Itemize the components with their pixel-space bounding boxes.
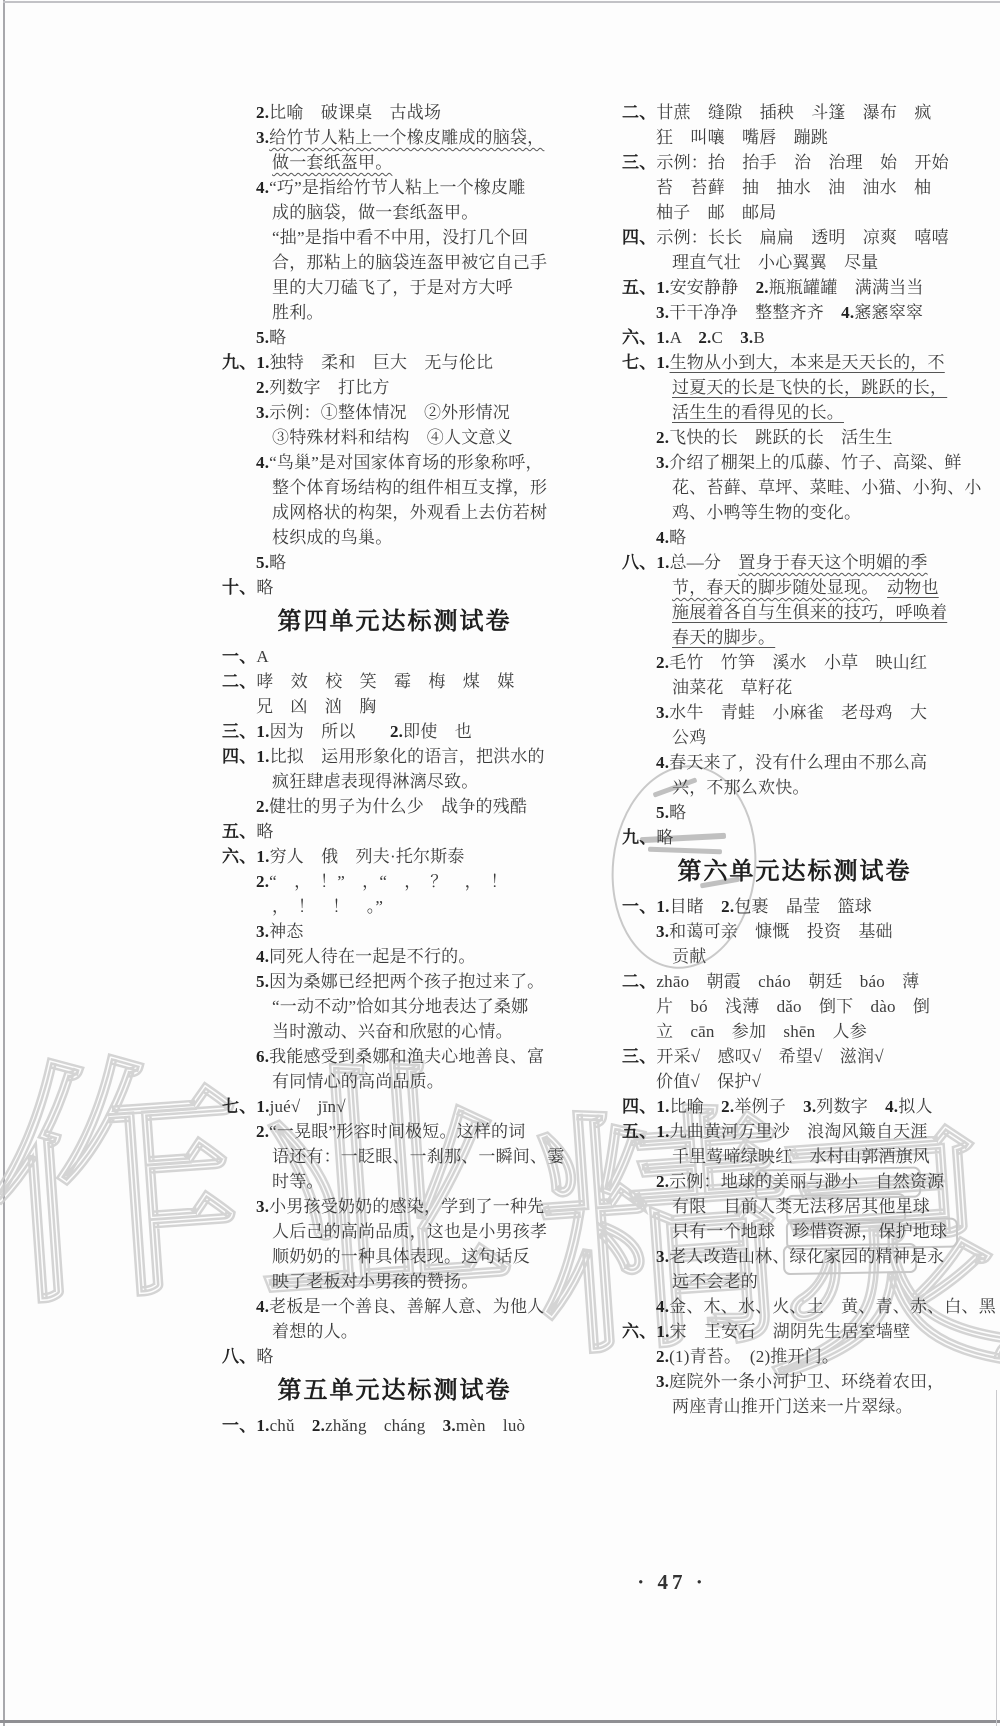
- answer-line: 5.略: [622, 800, 967, 825]
- answer-text: 略: [256, 578, 273, 597]
- answer-text: 瓶瓶罐罐 满满当当: [769, 278, 924, 297]
- answer-line: 合，那粘上的脑袋连盔甲被它自己手: [222, 250, 567, 275]
- answer-text: 略: [669, 528, 686, 547]
- answer-text: 只有一个地球 珍惜资源，保护地球: [672, 1222, 947, 1241]
- left-column: 2.比喻 破课桌 古战场3.给竹节人粘上一个橡皮雕成的脑袋，做一套纸盔甲。4.“…: [222, 100, 567, 1438]
- answer-line: 2.毛竹 竹笋 溪水 小草 映山红: [622, 650, 967, 675]
- answer-text: 因为桑娜已经把两个孩子抱过来了。: [269, 972, 544, 991]
- answer-text: 安安静静: [670, 278, 756, 297]
- answer-text: 当时激动、兴奋和欣慰的心情。: [272, 1022, 513, 1041]
- answer-text: 苔 苔藓 抽 抽水 油 油水 柚: [656, 178, 931, 197]
- answer-text: 疯狂肆虐表现得淋漓尽致。: [272, 772, 478, 791]
- item-number: 1.: [256, 847, 269, 866]
- answer-line: 狂 叫嚷 嘴唇 蹦跳: [622, 125, 967, 150]
- scanned-answer-page: 作 业 精 灵 2.比喻 破课桌 古战场3.给竹节人粘上一个橡皮雕成的脑袋，做一…: [0, 0, 1000, 1726]
- answer-text: zhǎng cháng: [325, 1416, 443, 1435]
- answer-line: 四、示例：长长 扁扁 透明 凉爽 嘻嘻: [622, 225, 967, 250]
- answer-text: 花、苔藓、草坪、菜畦、小猫、小狗、小: [672, 478, 982, 497]
- scan-edge-right: [996, 1390, 997, 1726]
- answer-text: 柚子 邮 邮局: [656, 203, 776, 222]
- answer-text: 动物也: [887, 578, 939, 597]
- answer-line: 3.老人改造山林、绿化家园的精神是永: [622, 1244, 967, 1269]
- answer-line: 五、1.安安静静 2.瓶瓶罐罐 满满当当: [622, 275, 967, 300]
- answer-text: 介绍了棚架上的瓜藤、竹子、高粱、鲜: [669, 453, 961, 472]
- item-number: 二、: [622, 972, 656, 991]
- item-number: 4.: [656, 528, 669, 547]
- answer-line: 理直气壮 小心翼翼 尽量: [622, 250, 967, 275]
- answer-line: 3.示例：①整体情况 ②外形情况: [222, 400, 567, 425]
- answer-line: “一动不动”恰如其分地表达了桑娜: [222, 994, 567, 1019]
- answer-text: 总—分: [670, 553, 739, 572]
- answer-text: 我能感受到桑娜和渔夫心地善良、富: [269, 1047, 544, 1066]
- answer-line: 映了老板对小男孩的赞扬。: [222, 1269, 567, 1294]
- answer-text: 略: [256, 1347, 273, 1366]
- answer-text: 春天来了，没有什么理由不那么高: [669, 753, 927, 772]
- answer-text: 甘蔗 缝隙 插秧 斗篷 瀑布 疯: [656, 103, 931, 122]
- answer-line: 两座青山推开门送来一片翠绿。: [622, 1394, 967, 1419]
- item-number: 1.: [656, 897, 669, 916]
- answer-line: 时等。: [222, 1169, 567, 1194]
- answer-line: 疯狂肆虐表现得淋漓尽致。: [222, 769, 567, 794]
- item-number: 2.: [656, 428, 669, 447]
- answer-line: 2.(1)青苔。 (2)推开门。: [622, 1344, 967, 1369]
- answer-line: 八、1.总—分 置身于春天这个明媚的季: [622, 550, 967, 575]
- answer-line: 人后己的高尚品质，这也是小男孩孝: [222, 1219, 567, 1244]
- answer-text: 施展着各自与生俱来的技巧，呼唤着: [672, 603, 947, 622]
- item-number: 二、: [622, 103, 656, 122]
- item-number: 3.: [803, 1097, 816, 1116]
- item-number: 1.: [656, 1097, 669, 1116]
- answer-text: 和蔼可亲 慷慨 投资 基础: [669, 922, 893, 941]
- answer-text: 目睹: [670, 897, 722, 916]
- answer-text: 枝织成的鸟巢。: [272, 528, 392, 547]
- answer-text: ， ！ ！ 。”: [272, 897, 383, 916]
- answer-text: 独特 柔和 巨大 无与伦比: [270, 353, 494, 372]
- answer-line: ， ！ ！ 。”: [222, 894, 567, 919]
- answer-text: “鸟巢”是对国家体育场的形象称呼，: [269, 453, 543, 472]
- item-number: 5.: [256, 972, 269, 991]
- answer-line: 3.小男孩受奶奶的感染，学到了一种先: [222, 1194, 567, 1219]
- item-number: 七、: [222, 1097, 256, 1116]
- answer-text: A: [256, 647, 268, 666]
- answer-text: 语还有：一眨眼、一刹那、一瞬间、霎: [272, 1147, 564, 1166]
- answer-line: 三、开采√ 感叹√ 希望√ 滋润√: [622, 1044, 967, 1069]
- answer-text: 健壮的男子为什么少 战争的残酷: [269, 797, 527, 816]
- answer-line: 鸡、小鸭等生物的变化。: [622, 500, 967, 525]
- answer-line: 3.干干净净 整整齐齐 4.窸窸窣窣: [622, 300, 967, 325]
- answer-text: 生物从小到大，本来是天天长的，不: [670, 353, 945, 372]
- answer-text: 比拟 运用形象化的语言，把洪水的: [270, 747, 545, 766]
- answer-text: “一动不动”恰如其分地表达了桑娜: [272, 997, 528, 1016]
- right-column: 二、甘蔗 缝隙 插秧 斗篷 瀑布 疯狂 叫嚷 嘴唇 蹦跳三、示例：抬 抬手 治 …: [622, 100, 967, 1419]
- answer-line: 价值√ 保护√: [622, 1069, 967, 1094]
- item-number: 3.: [256, 128, 269, 147]
- item-number: 3.: [656, 1247, 669, 1266]
- answer-line: 油菜花 草籽花: [622, 675, 967, 700]
- item-number: 九、: [222, 353, 256, 372]
- answer-text: 公鸡: [672, 728, 706, 747]
- answer-text: 油菜花 草籽花: [672, 678, 792, 697]
- item-number: 1.: [656, 353, 669, 372]
- answer-text: 狂 叫嚷 嘴唇 蹦跳: [656, 128, 828, 147]
- answer-line: 2.列数字 打比方: [222, 375, 567, 400]
- answer-text: 庭院外一条小河护卫、环绕着农田，: [669, 1372, 944, 1391]
- answer-text: 略: [256, 822, 273, 841]
- item-number: 2.: [256, 378, 269, 397]
- answer-text: 片 bó 浅薄 dǎo 倒下 dào 倒: [656, 997, 930, 1016]
- item-number: 五、: [222, 822, 256, 841]
- answer-line: 花、苔藓、草坪、菜畦、小猫、小狗、小: [622, 475, 967, 500]
- answer-text: 兄 凶 汹 胸: [256, 697, 376, 716]
- page-number: · 47 ·: [612, 1570, 732, 1595]
- answer-text: 远不会老的: [672, 1272, 758, 1291]
- answer-line: 苔 苔藓 抽 抽水 油 油水 柚: [622, 175, 967, 200]
- item-number: 3.: [656, 922, 669, 941]
- answer-line: 四、1.比拟 运用形象化的语言，把洪水的: [222, 744, 567, 769]
- item-number: 2.: [721, 1097, 734, 1116]
- watermark-char: 作: [0, 1049, 252, 1321]
- item-number: 4.: [656, 1297, 669, 1316]
- answer-text: [870, 578, 887, 597]
- answer-line: 4.同死人待在一起是不行的。: [222, 944, 567, 969]
- answer-text: 包裹 晶莹 篮球: [734, 897, 872, 916]
- item-number: 四、: [622, 1097, 656, 1116]
- answer-line: 二、甘蔗 缝隙 插秧 斗篷 瀑布 疯: [622, 100, 967, 125]
- answer-text: 鸡、小鸭等生物的变化。: [672, 503, 861, 522]
- answer-line: 3.神态: [222, 919, 567, 944]
- answer-line: 春天的脚步。: [622, 625, 967, 650]
- answer-text: “拙”是指中看不中用，没打几个回: [272, 228, 528, 247]
- answer-line: 六、1.穷人 俄 列夫·托尔斯泰: [222, 844, 567, 869]
- answer-text: 示例：抬 抬手 治 治理 始 开始: [656, 153, 948, 172]
- item-number: 6.: [256, 1047, 269, 1066]
- answer-line: 立 cān 参加 shēn 人参: [622, 1019, 967, 1044]
- answer-text: 春天的脚步。: [672, 628, 775, 647]
- answer-text: 列数字: [816, 1097, 885, 1116]
- scan-edge-left: [3, 0, 5, 1726]
- answer-line: 十、略: [222, 575, 567, 600]
- item-number: 2.: [756, 278, 769, 297]
- item-number: 2.: [656, 1172, 669, 1191]
- answer-text: 比喻: [670, 1097, 722, 1116]
- item-number: 3.: [256, 1197, 269, 1216]
- item-number: 1.: [656, 1122, 669, 1141]
- answer-text: 略: [656, 828, 673, 847]
- item-number: 2.: [312, 1416, 325, 1435]
- answer-text: 活生生的看得见的长。: [672, 403, 844, 422]
- answer-line: 有同情心的高尚品质。: [222, 1069, 567, 1094]
- answer-text: 毛竹 竹笋 溪水 小草 映山红: [669, 653, 927, 672]
- answer-line: 一、A: [222, 644, 567, 669]
- answer-text: 里的大刀磕飞了，于是对方大呼: [272, 278, 513, 297]
- answer-line: 成网格状的构架，外观看上去仿若树: [222, 500, 567, 525]
- answer-line: 公鸡: [622, 725, 967, 750]
- item-number: 1.: [656, 1322, 669, 1341]
- answer-text: 兴，不那么欢快。: [672, 778, 810, 797]
- answer-line: 3.和蔼可亲 慷慨 投资 基础: [622, 919, 967, 944]
- answer-line: 九、1.独特 柔和 巨大 无与伦比: [222, 350, 567, 375]
- item-number: 2.: [698, 328, 711, 347]
- answer-text: C: [711, 328, 740, 347]
- answer-line: 2.飞快的长 跳跃的长 活生生: [622, 425, 967, 450]
- item-number: 3.: [656, 453, 669, 472]
- answer-text: 着想的人。: [272, 1322, 358, 1341]
- answer-text: “ ， ！” ，“ ， ？ ， ！: [269, 872, 508, 891]
- answer-text: 略: [269, 328, 286, 347]
- item-number: 4.: [256, 947, 269, 966]
- answer-text: 整个体育场结构的组件相互支撑，形: [272, 478, 547, 497]
- item-number: 1.: [256, 1097, 269, 1116]
- item-number: 3.: [656, 303, 669, 322]
- answer-text: 映了老板对小男孩的赞扬。: [272, 1272, 478, 1291]
- answer-text: 举例子: [734, 1097, 803, 1116]
- answer-text: 开采√ 感叹√ 希望√ 滋润√: [656, 1047, 883, 1066]
- answer-text: 即使 也: [403, 722, 472, 741]
- answer-line: 做一套纸盔甲。: [222, 150, 567, 175]
- item-number: 4.: [656, 753, 669, 772]
- item-number: 2.: [256, 103, 269, 122]
- item-number: 二、: [222, 672, 256, 691]
- answer-text: zhāo 朝霞 cháo 朝廷 báo 薄: [656, 972, 919, 991]
- item-number: 3.: [656, 1372, 669, 1391]
- item-number: 1.: [656, 278, 669, 297]
- answer-line: 三、1.因为 所以 2.即使 也: [222, 719, 567, 744]
- answer-line: 四、1.比喻 2.举例子 3.列数字 4.拟人: [622, 1094, 967, 1119]
- item-number: 4.: [256, 1297, 269, 1316]
- answer-line: 二、哮 效 校 笑 霉 梅 煤 媒: [222, 669, 567, 694]
- item-number: 七、: [622, 353, 656, 372]
- item-number: 4.: [841, 303, 854, 322]
- item-number: 1.: [656, 328, 669, 347]
- answer-line: ③特殊材料和结构 ④人文意义: [222, 425, 567, 450]
- answer-text: 宋 王安石 湖阴先生居室墙壁: [670, 1322, 911, 1341]
- item-number: 3.: [443, 1416, 456, 1435]
- answer-line: 过夏天的长是飞快的长，跳跃的长，: [622, 375, 967, 400]
- answer-line: 5.略: [222, 325, 567, 350]
- answer-line: 4.春天来了，没有什么理由不那么高: [622, 750, 967, 775]
- answer-text: 神态: [269, 922, 303, 941]
- item-number: 2.: [256, 1122, 269, 1141]
- item-number: 2.: [656, 653, 669, 672]
- item-number: 1.: [256, 747, 269, 766]
- item-number: 六、: [622, 1322, 656, 1341]
- answer-text: 千里莺啼绿映红 水村山郭酒旗风: [672, 1147, 930, 1166]
- answer-line: 胜利。: [222, 300, 567, 325]
- answer-line: 2.“ ， ！” ，“ ， ？ ， ！: [222, 869, 567, 894]
- answer-line: 远不会老的: [622, 1269, 967, 1294]
- answer-line: 4.金、木、水、火、土 黄、青、赤、白、黑: [622, 1294, 967, 1319]
- answer-line: 活生生的看得见的长。: [622, 400, 967, 425]
- answer-text: 人后己的高尚品质，这也是小男孩孝: [272, 1222, 547, 1241]
- answer-line: 4.“巧”是指给竹节人粘上一个橡皮雕: [222, 175, 567, 200]
- answer-text: 比喻 破课桌 古战场: [269, 103, 441, 122]
- answer-line: 三、示例：抬 抬手 治 治理 始 开始: [622, 150, 967, 175]
- answer-text: 置身于春天这个明媚的季: [738, 553, 927, 572]
- answer-text: ③特殊材料和结构 ④人文意义: [272, 428, 513, 447]
- answer-text: 窸窸窣窣: [854, 303, 923, 322]
- answer-line: 6.我能感受到桑娜和渔夫心地善良、富: [222, 1044, 567, 1069]
- answer-line: 兴，不那么欢快。: [622, 775, 967, 800]
- item-number: 1.: [256, 722, 269, 741]
- answer-text: 有限 目前人类无法移居其他星球: [672, 1197, 930, 1216]
- answer-line: 六、1.宋 王安石 湖阴先生居室墙壁: [622, 1319, 967, 1344]
- item-number: 5.: [656, 803, 669, 822]
- item-number: 八、: [222, 1347, 256, 1366]
- answer-line: 八、略: [222, 1344, 567, 1369]
- answer-text: 飞快的长 跳跃的长 活生生: [669, 428, 893, 447]
- answer-line: 当时激动、兴奋和欣慰的心情。: [222, 1019, 567, 1044]
- answer-line: 2.健壮的男子为什么少 战争的残酷: [222, 794, 567, 819]
- item-number: 四、: [622, 228, 656, 247]
- item-number: 九、: [622, 828, 656, 847]
- section-title: 第六单元达标测试卷: [622, 855, 967, 889]
- answer-text: B: [753, 328, 765, 347]
- answer-text: 水牛 青蛙 小麻雀 老母鸡 大: [669, 703, 927, 722]
- answer-line: 柚子 邮 邮局: [622, 200, 967, 225]
- item-number: 三、: [622, 1047, 656, 1066]
- answer-line: 成的脑袋，做一套纸盔甲。: [222, 200, 567, 225]
- item-number: 2.: [390, 722, 403, 741]
- item-number: 十、: [222, 578, 256, 597]
- item-number: 五、: [622, 278, 656, 297]
- item-number: 2.: [256, 872, 269, 891]
- answer-line: 2.比喻 破课桌 古战场: [222, 100, 567, 125]
- answer-line: 整个体育场结构的组件相互支撑，形: [222, 475, 567, 500]
- answer-line: “拙”是指中看不中用，没打几个回: [222, 225, 567, 250]
- item-number: 1.: [656, 553, 669, 572]
- item-number: 1.: [256, 1416, 269, 1435]
- item-number: 一、: [222, 1416, 256, 1435]
- item-number: 三、: [222, 722, 256, 741]
- answer-text: A: [670, 328, 699, 347]
- answer-text: 价值√ 保护√: [656, 1072, 761, 1091]
- answer-text: 金、木、水、火、土 黄、青、赤、白、黑: [669, 1297, 996, 1316]
- answer-line: 2.示例：地球的美丽与渺小 自然资源: [622, 1169, 967, 1194]
- item-number: 3.: [256, 403, 269, 422]
- answer-text: 拟人: [898, 1097, 932, 1116]
- answer-text: 因为 所以: [270, 722, 390, 741]
- item-number: 4.: [256, 453, 269, 472]
- answer-text: 顺奶奶的一种具体表现。这句话反: [272, 1247, 530, 1266]
- answer-text: 合，那粘上的脑袋连盔甲被它自己手: [272, 253, 547, 272]
- answer-text: 成网格状的构架，外观看上去仿若树: [272, 503, 547, 522]
- answer-line: 七、1.生物从小到大，本来是天天长的，不: [622, 350, 967, 375]
- answer-line: 5.因为桑娜已经把两个孩子抱过来了。: [222, 969, 567, 994]
- item-number: 2.: [656, 1347, 669, 1366]
- answer-line: 顺奶奶的一种具体表现。这句话反: [222, 1244, 567, 1269]
- answer-text: “一晃眼”形容时间极短。这样的词: [269, 1122, 525, 1141]
- answer-line: 4.略: [622, 525, 967, 550]
- answer-text: (1)青苔。 (2)推开门。: [669, 1347, 839, 1366]
- item-number: 六、: [222, 847, 256, 866]
- scan-edge-top: [3, 1, 1000, 3]
- item-number: 4.: [885, 1097, 898, 1116]
- answer-line: 九、略: [622, 825, 967, 850]
- scan-edge-bottom: [0, 1720, 1000, 1723]
- answer-text: chǔ: [270, 1416, 312, 1435]
- item-number: 5.: [256, 328, 269, 347]
- answer-text: 成的脑袋，做一套纸盔甲。: [272, 203, 478, 222]
- answer-line: 3.给竹节人粘上一个橡皮雕成的脑袋，: [222, 125, 567, 150]
- answer-line: 5.略: [222, 550, 567, 575]
- item-number: 3.: [656, 703, 669, 722]
- answer-text: jué√ jīn√: [270, 1097, 346, 1116]
- answer-text: mèn luò: [456, 1416, 525, 1435]
- answer-line: 节，春天的脚步随处显现。 动物也: [622, 575, 967, 600]
- answer-text: 时等。: [272, 1172, 324, 1191]
- answer-line: 五、略: [222, 819, 567, 844]
- answer-line: 枝织成的鸟巢。: [222, 525, 567, 550]
- item-number: 四、: [222, 747, 256, 766]
- answer-line: 片 bó 浅薄 dǎo 倒下 dào 倒: [622, 994, 967, 1019]
- answer-line: 二、zhāo 朝霞 cháo 朝廷 báo 薄: [622, 969, 967, 994]
- answer-line: 施展着各自与生俱来的技巧，呼唤着: [622, 600, 967, 625]
- answer-line: 千里莺啼绿映红 水村山郭酒旗风: [622, 1144, 967, 1169]
- answer-text: 列数字 打比方: [269, 378, 389, 397]
- answer-text: 示例：长长 扁扁 透明 凉爽 嘻嘻: [656, 228, 948, 247]
- section-title: 第四单元达标测试卷: [222, 605, 567, 639]
- answer-line: 3.介绍了棚架上的瓜藤、竹子、高粱、鲜: [622, 450, 967, 475]
- answer-text: 略: [669, 803, 686, 822]
- answer-line: 里的大刀磕飞了，于是对方大呼: [222, 275, 567, 300]
- item-number: 5.: [256, 553, 269, 572]
- answer-text: 过夏天的长是飞快的长，跳跃的长，: [672, 378, 947, 397]
- answer-text: 老板是一个善良、善解人意、为他人: [269, 1297, 544, 1316]
- answer-text: 九曲黄河万里沙 浪淘风簸自天涯: [670, 1122, 928, 1141]
- item-number: 2.: [256, 797, 269, 816]
- item-number: 一、: [222, 647, 256, 666]
- item-number: 三、: [622, 153, 656, 172]
- answer-line: 六、1.A 2.C 3.B: [622, 325, 967, 350]
- answer-text: 老人改造山林、绿化家园的精神是永: [669, 1247, 944, 1266]
- answer-line: 语还有：一眨眼、一刹那、一瞬间、霎: [222, 1144, 567, 1169]
- answer-line: 贡献: [622, 944, 967, 969]
- item-number: 3.: [256, 922, 269, 941]
- section-title: 第五单元达标测试卷: [222, 1374, 567, 1408]
- answer-line: 有限 目前人类无法移居其他星球: [622, 1194, 967, 1219]
- answer-line: 只有一个地球 珍惜资源，保护地球: [622, 1219, 967, 1244]
- answer-text: 立 cān 参加 shēn 人参: [656, 1022, 867, 1041]
- answer-line: 3.庭院外一条小河护卫、环绕着农田，: [622, 1369, 967, 1394]
- answer-line: 七、1.jué√ jīn√: [222, 1094, 567, 1119]
- answer-line: 4.老板是一个善良、善解人意、为他人: [222, 1294, 567, 1319]
- answer-text: 示例：地球的美丽与渺小 自然资源: [669, 1172, 944, 1191]
- answer-text: 哮 效 校 笑 霉 梅 煤 媒: [256, 672, 514, 691]
- answer-text: 略: [269, 553, 286, 572]
- answer-text: 做一套纸盔甲。: [272, 153, 392, 172]
- answer-line: 一、1.目睹 2.包裹 晶莹 篮球: [622, 894, 967, 919]
- answer-line: 2.“一晃眼”形容时间极短。这样的词: [222, 1119, 567, 1144]
- answer-text: 穷人 俄 列夫·托尔斯泰: [270, 847, 465, 866]
- answer-text: 胜利。: [272, 303, 324, 322]
- answer-text: 干干净净 整整齐齐: [669, 303, 841, 322]
- answer-text: 两座青山推开门送来一片翠绿。: [672, 1397, 913, 1416]
- answer-line: 五、1.九曲黄河万里沙 浪淘风簸自天涯: [622, 1119, 967, 1144]
- item-number: 2.: [721, 897, 734, 916]
- answer-line: 3.水牛 青蛙 小麻雀 老母鸡 大: [622, 700, 967, 725]
- item-number: 八、: [622, 553, 656, 572]
- answer-text: 示例：①整体情况 ②外形情况: [269, 403, 510, 422]
- answer-line: 兄 凶 汹 胸: [222, 694, 567, 719]
- answer-text: 有同情心的高尚品质。: [272, 1072, 444, 1091]
- answer-line: 一、1.chǔ 2.zhǎng cháng 3.mèn luò: [222, 1413, 567, 1438]
- item-number: 六、: [622, 328, 656, 347]
- item-number: 五、: [622, 1122, 656, 1141]
- item-number: 一、: [622, 897, 656, 916]
- item-number: 4.: [256, 178, 269, 197]
- answer-text: 小男孩受奶奶的感染，学到了一种先: [269, 1197, 544, 1216]
- answer-text: “巧”是指给竹节人粘上一个橡皮雕: [269, 178, 525, 197]
